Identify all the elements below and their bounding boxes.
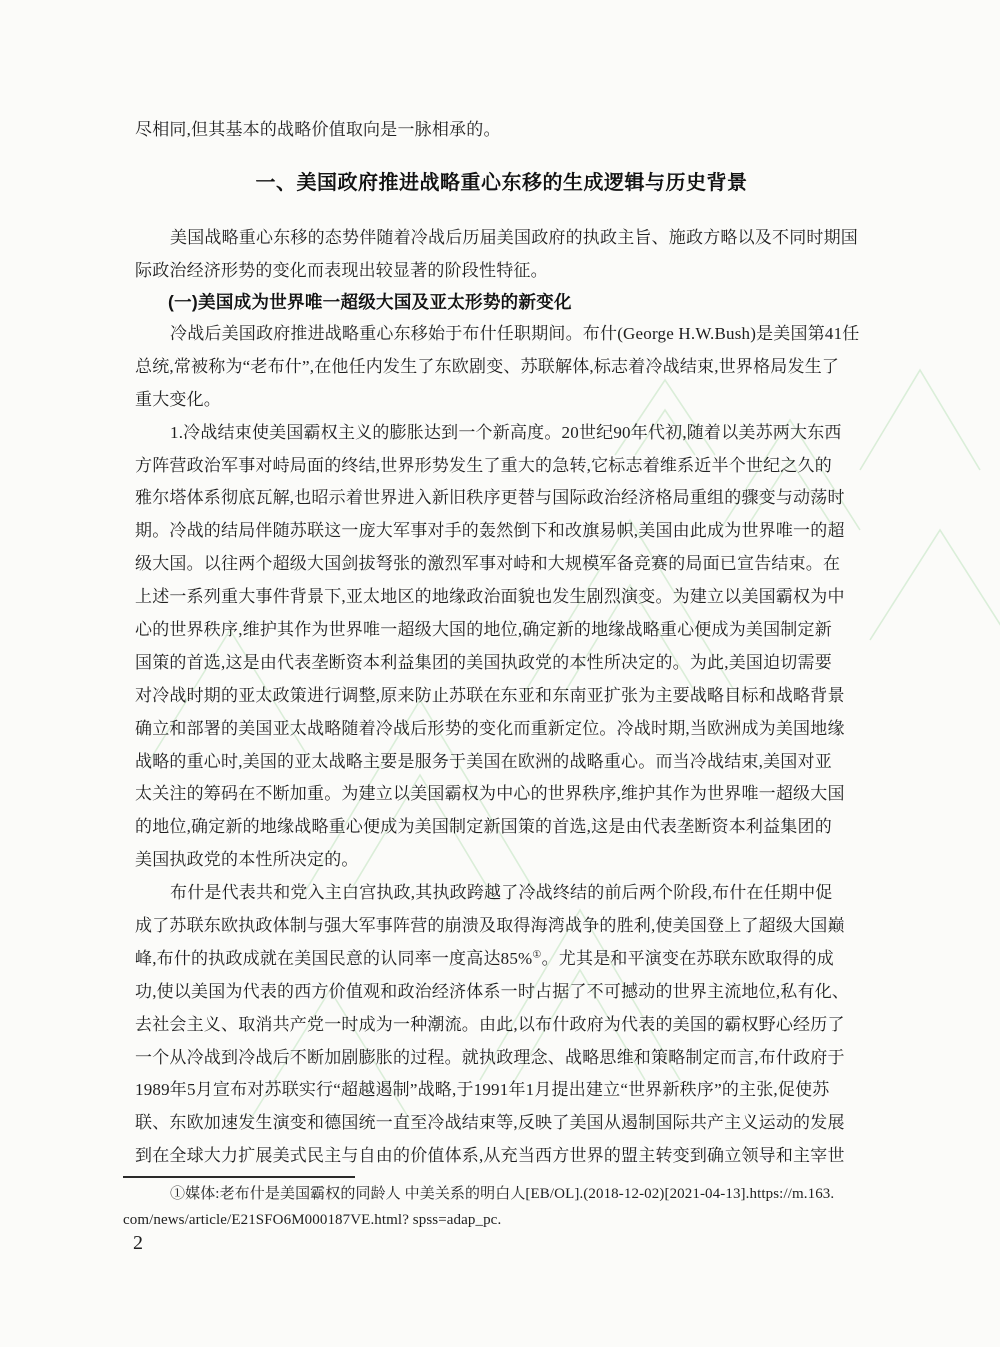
body-text-line: 尽相同,但其基本的战略价值取向是一脉相承的。 <box>135 113 868 146</box>
body-text-line: 联、东欧加速发生演变和德国统一直至冷战结束等,反映了美国从遏制国际共产主义运动的… <box>135 1107 868 1140</box>
body-text-line: 功,使以美国为代表的西方价值观和政治经济体系一时占据了不可撼动的世界主流地位,私… <box>135 976 868 1009</box>
body-text-line: 太关注的筹码在不断加重。为建立以美国霸权为中心的世界秩序,维护其作为世界唯一超级… <box>135 778 868 811</box>
section-heading: 一、美国政府推进战略重心东移的生成逻辑与历史背景 <box>135 166 868 200</box>
body-text-line: 1989年5月宣布对苏联实行“超越遏制”战略,于1991年1月提出建立“世界新秩… <box>135 1074 868 1107</box>
footnote-reference-marker: ① <box>532 949 541 960</box>
body-text-line: 冷战后美国政府推进战略重心东移始于布什任职期间。布什(George H.W.Bu… <box>135 318 868 351</box>
body-text-line: 成了苏联东欧执政体制与强大军事阵营的崩溃及取得海湾战争的胜利,使美国登上了超级大… <box>135 910 868 943</box>
footnote-separator <box>123 1176 355 1178</box>
carryover-paragraph: 尽相同,但其基本的战略价值取向是一脉相承的。 <box>135 113 868 146</box>
body-text-line: 重大变化。 <box>135 384 868 417</box>
body-text-line: 雅尔塔体系彻底瓦解,也昭示着世界进入新旧秩序更替与国际政治经济格局重组的骤变与动… <box>135 482 868 515</box>
body-text-line: 布什是代表共和党入主白宫执政,其执政跨越了冷战终结的前后两个阶段,布什在任期中促 <box>135 877 868 910</box>
body-text-line: 总统,常被称为“老布什”,在他任内发生了东欧剧变、苏联解体,标志着冷战结束,世界… <box>135 351 868 384</box>
body-text-line: 到在全球大力扩展美式民主与自由的价值体系,从充当西方世界的盟主转变到确立领导和主… <box>135 1140 868 1173</box>
page-number: 2 <box>133 1230 143 1256</box>
document-page: 尽相同,但其基本的战略价值取向是一脉相承的。 一、美国政府推进战略重心东移的生成… <box>0 0 1000 1347</box>
body-text-line: 峰,布什的执政成就在美国民意的认同率一度高达85%①。尤其是和平演变在苏联东欧取… <box>135 943 868 976</box>
body-text-line: 期。冷战的结局伴随苏联这一庞大军事对手的轰然倒下和改旗易帜,美国由此成为世界唯一… <box>135 515 868 548</box>
body-text-line: 心的世界秩序,维护其作为世界唯一超级大国的地位,确定新的地缘战略重心便成为美国制… <box>135 614 868 647</box>
footnote: ①媒体:老布什是美国霸权的同龄人 中美关系的明白人[EB/OL].(2018-1… <box>123 1181 883 1233</box>
body-text-line: 去社会主义、取消共产党一时成为一种潮流。由此,以布什政府为代表的美国的霸权野心经… <box>135 1009 868 1042</box>
body-text-line: 战略的重心时,美国的亚太战略主要是服务于美国在欧洲的战略重心。而当冷战结束,美国… <box>135 746 868 779</box>
body-text-line: 国策的首选,这是由代表垄断资本利益集团的美国执政党的本性所决定的。为此,美国迫切… <box>135 647 868 680</box>
footnote-text-line: ①媒体:老布什是美国霸权的同龄人 中美关系的明白人[EB/OL].(2018-1… <box>123 1181 883 1207</box>
body-text-line: 级大国。以往两个超级大国剑拔弩张的激烈军事对峙和大规模军备竞赛的局面已宣告结束。… <box>135 548 868 581</box>
body-text-line: 确立和部署的美国亚太战略随着冷战后形势的变化而重新定位。冷战时期,当欧洲成为美国… <box>135 713 868 746</box>
body-text-line: 上述一系列重大事件背景下,亚太地区的地缘政治面貌也发生剧烈演变。为建立以美国霸权… <box>135 581 868 614</box>
footnote-text-line: com/news/article/E21SFO6M000187VE.html? … <box>123 1207 883 1233</box>
body-text-line: 方阵营政治军事对峙局面的终结,世界形势发生了重大的急转,它标志着维系近半个世纪之… <box>135 450 868 483</box>
subsection-heading: (一)美国成为世界唯一超级大国及亚太形势的新变化 <box>135 286 901 318</box>
lead-paragraph: 美国战略重心东移的态势伴随着冷战后历届美国政府的执政主旨、施政方略以及不同时期国… <box>135 221 868 287</box>
body-text-line: 际政治经济形势的变化而表现出较显著的阶段性特征。 <box>135 254 868 287</box>
body-text-line: 美国执政党的本性所决定的。 <box>135 844 868 877</box>
body-text-line: 对冷战时期的亚太政策进行调整,原来防止苏联在东亚和东南亚扩张为主要战略目标和战略… <box>135 680 868 713</box>
body-text-line: 美国战略重心东移的态势伴随着冷战后历届美国政府的执政主旨、施政方略以及不同时期国 <box>135 221 868 254</box>
body-text-line: 一个从冷战到冷战后不断加剧膨胀的过程。就执政理念、战略思维和策略制定而言,布什政… <box>135 1042 868 1075</box>
body-text-line: 的地位,确定新的地缘战略重心便成为美国制定新国策的首选,这是由代表垄断资本利益集… <box>135 811 868 844</box>
main-text: 冷战后美国政府推进战略重心东移始于布什任职期间。布什(George H.W.Bu… <box>135 318 868 1173</box>
body-text-line: 1.冷战结束使美国霸权主义的膨胀达到一个新高度。20世纪90年代初,随着以美苏两… <box>135 417 868 450</box>
